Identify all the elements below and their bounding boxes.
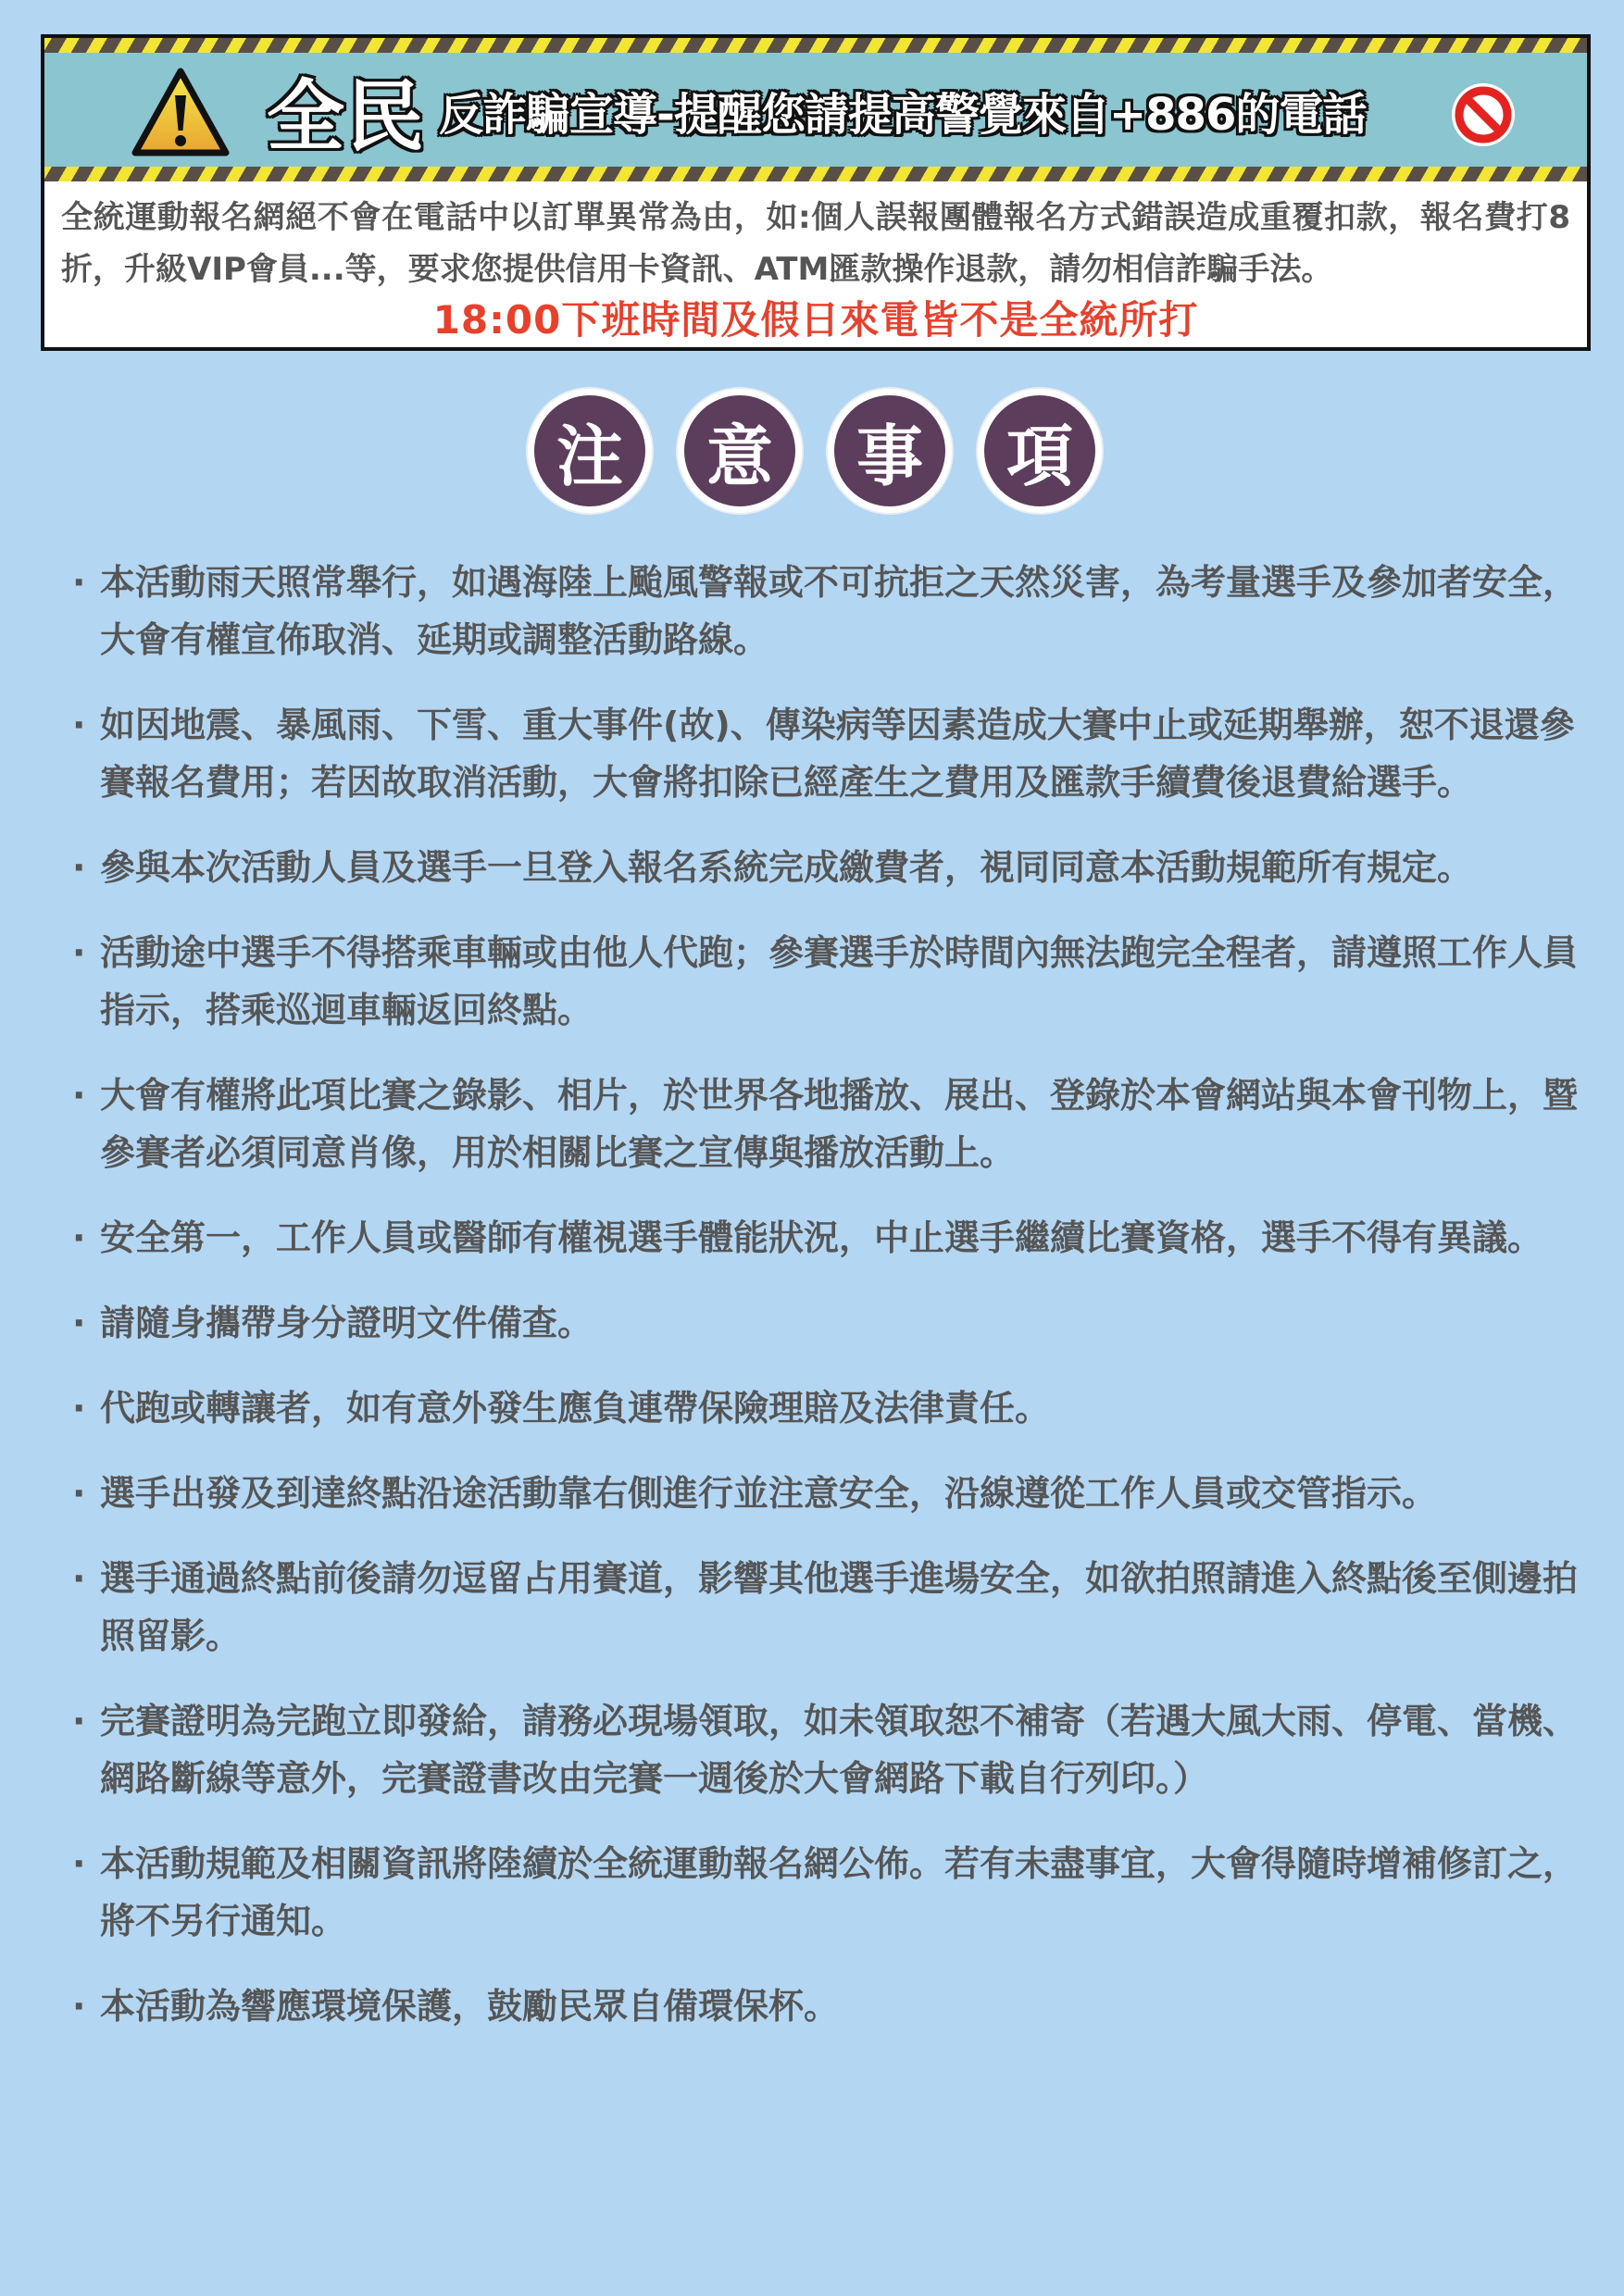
banner-title-big: 全民 [267, 55, 426, 167]
bullet: · [72, 839, 85, 896]
bullet: · [72, 696, 85, 754]
rule-text: 大會有權將此項比賽之錄影、相片，於世界各地播放、展出、登錄於本會網站與本會刊物上… [100, 1075, 1578, 1173]
bullet: · [72, 1692, 85, 1750]
rule-text: 參與本次活動人員及選手一旦登入報名系統完成繳費者，視同同意本活動規範所有規定。 [100, 847, 1472, 888]
rule-item: ·活動途中選手不得搭乘車輛或由他人代跑；參賽選手於時間內無法跑完全程者，請遵照工… [67, 924, 1585, 1039]
bullet: · [72, 1379, 85, 1437]
bullet: · [72, 1294, 85, 1352]
hazard-stripe-top [44, 38, 1587, 53]
bullet: · [72, 1978, 85, 2035]
hazard-stripe-bottom [44, 167, 1587, 181]
rule-item: ·代跑或轉讓者，如有意外發生應負連帶保險理賠及法律責任。 [67, 1379, 1585, 1437]
rule-text: 如因地震、暴風雨、下雪、重大事件(故)、傳染病等因素造成大賽中止或延期舉辦，恕不… [100, 705, 1575, 803]
rule-text: 選手出發及到達終點沿途活動靠右側進行並注意安全，沿線遵從工作人員或交管指示。 [100, 1473, 1437, 1514]
bullet: · [72, 554, 85, 611]
bullet: · [72, 1067, 85, 1124]
bullet: · [72, 1550, 85, 1607]
section-title-notes: 注 意 事 項 [528, 389, 1102, 518]
prohibited-icon [1450, 81, 1517, 148]
bullet: · [72, 924, 85, 981]
rule-text: 完賽證明為完跑立即發給，請務必現場領取，如未領取恕不補寄（若遇大風大雨、停電、當… [100, 1701, 1578, 1799]
title-badge: 注 [528, 389, 652, 513]
rule-text: 請隨身攜帶身分證明文件備查。 [100, 1303, 593, 1343]
title-badge: 事 [828, 389, 952, 513]
title-badge: 意 [678, 389, 802, 513]
title-badge: 項 [978, 389, 1102, 513]
rule-item: ·大會有權將此項比賽之錄影、相片，於世界各地播放、展出、登錄於本會網站與本會刊物… [67, 1067, 1585, 1181]
rules-list: ·本活動雨天照常舉行，如遇海陸上颱風警報或不可抗拒之天然災害，為考量選手及參加者… [67, 554, 1585, 2063]
after-hours-warning: 18:00下班時間及假日來電皆不是全統所打 [44, 290, 1587, 345]
banner-title: 全民 反詐騙宣導-提醒您請提高警覺來自+886的電話 [267, 64, 1366, 156]
rule-text: 活動途中選手不得搭乘車輛或由他人代跑；參賽選手於時間內無法跑完全程者，請遵照工作… [100, 932, 1578, 1030]
bullet: · [72, 1835, 85, 1892]
warning-triangle-icon [130, 66, 231, 158]
rule-text: 安全第一，工作人員或醫師有權視選手體能狀況，中止選手繼續比賽資格，選手不得有異議… [100, 1217, 1543, 1258]
bullet: · [72, 1465, 85, 1522]
rule-item: ·請隨身攜帶身分證明文件備查。 [67, 1294, 1585, 1352]
anti-fraud-notice: 全民 反詐騙宣導-提醒您請提高警覺來自+886的電話 全統運動報名網絕不會在電話… [41, 34, 1591, 351]
rule-text: 本活動雨天照常舉行，如遇海陸上颱風警報或不可抗拒之天然災害，為考量選手及參加者安… [100, 562, 1578, 660]
rule-item: ·如因地震、暴風雨、下雪、重大事件(故)、傳染病等因素造成大賽中止或延期舉辦，恕… [67, 696, 1585, 811]
anti-fraud-banner: 全民 反詐騙宣導-提醒您請提高警覺來自+886的電話 [44, 38, 1587, 181]
rule-text: 代跑或轉讓者，如有意外發生應負連帶保險理賠及法律責任。 [100, 1388, 1050, 1429]
rule-item: ·安全第一，工作人員或醫師有權視選手體能狀況，中止選手繼續比賽資格，選手不得有異… [67, 1209, 1585, 1267]
banner-title-text: 反詐騙宣導-提醒您請提高警覺來自+886的電話 [439, 79, 1366, 143]
rule-item: ·參與本次活動人員及選手一旦登入報名系統完成繳費者，視同同意本活動規範所有規定。 [67, 839, 1585, 896]
rule-item: ·選手出發及到達終點沿途活動靠右側進行並注意安全，沿線遵從工作人員或交管指示。 [67, 1465, 1585, 1522]
bullet: · [72, 1209, 85, 1267]
anti-fraud-body-text: 全統運動報名網絕不會在電話中以訂單異常為由，如:個人誤報團體報名方式錯誤造成重覆… [61, 192, 1570, 295]
rule-item: ·完賽證明為完跑立即發給，請務必現場領取，如未領取恕不補寄（若遇大風大雨、停電、… [67, 1692, 1585, 1807]
rule-text: 本活動為響應環境保護，鼓勵民眾自備環保杯。 [100, 1986, 839, 2027]
rule-item: ·本活動雨天照常舉行，如遇海陸上颱風警報或不可抗拒之天然災害，為考量選手及參加者… [67, 554, 1585, 668]
rule-item: ·本活動規範及相關資訊將陸續於全統運動報名網公佈。若有未盡事宜，大會得隨時增補修… [67, 1835, 1585, 1950]
rule-item: ·本活動為響應環境保護，鼓勵民眾自備環保杯。 [67, 1978, 1585, 2035]
rule-text: 本活動規範及相關資訊將陸續於全統運動報名網公佈。若有未盡事宜，大會得隨時增補修訂… [100, 1843, 1578, 1941]
rule-item: ·選手通過終點前後請勿逗留占用賽道，影響其他選手進場安全，如欲拍照請進入終點後至… [67, 1550, 1585, 1665]
rule-text: 選手通過終點前後請勿逗留占用賽道，影響其他選手進場安全，如欲拍照請進入終點後至側… [100, 1558, 1578, 1656]
